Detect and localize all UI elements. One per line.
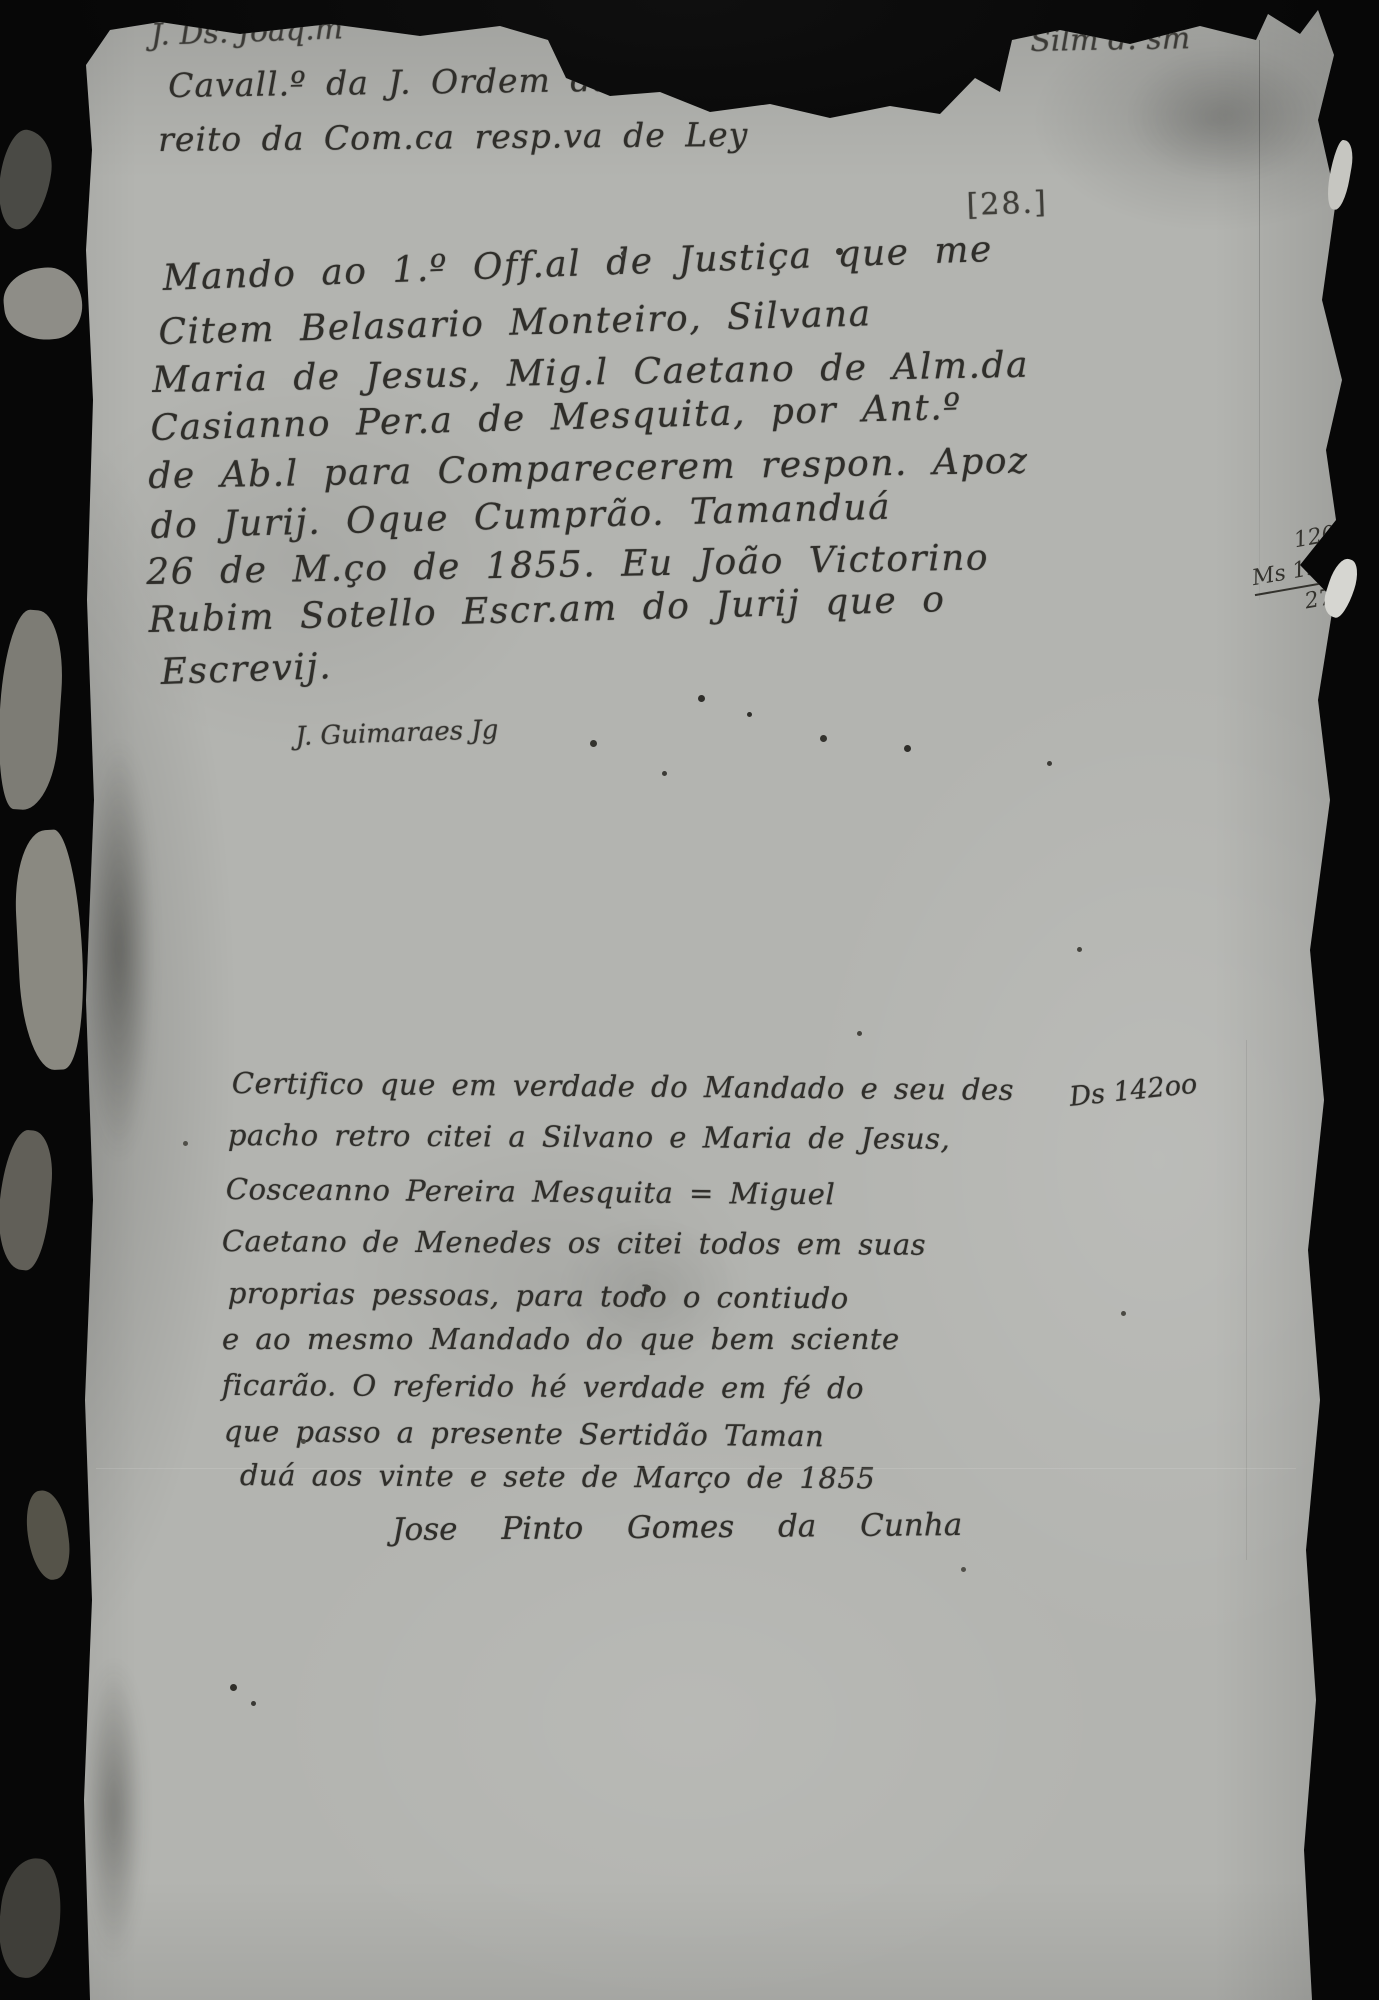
mandado-line: Citem Belasario Monteiro, Silvana <box>158 293 872 353</box>
paper-crease <box>1259 40 1260 600</box>
torn-paper-remnant <box>12 828 88 1071</box>
certidao-line: que passo a presente Sertidão Taman <box>224 1414 825 1453</box>
torn-paper-remnant <box>0 1128 56 1272</box>
torn-paper-remnant <box>0 127 57 233</box>
paper-stain <box>560 1220 740 1360</box>
certidao-line: e ao mesmo Mandado do que bem sciente <box>222 1322 900 1356</box>
paper-stain <box>1130 50 1320 180</box>
mandado-line: do Jurij. Oque Cumprão. Tamanduá <box>150 487 892 547</box>
clerk-signature: J. Guimaraes Jg <box>295 715 499 752</box>
torn-paper-remnant <box>22 1488 74 1583</box>
manuscript-page: J. Ds. Joaq.m Silm d. sm Cavall.º da J. … <box>0 0 1379 2000</box>
mandado-line: de Ab.l para Comparecerem respon. Apoz <box>148 441 1029 497</box>
mandado-line: Escrevij. <box>160 646 333 693</box>
torn-text-fragment-left: J. Ds. Joaq.m <box>150 11 344 53</box>
page-number: [28.] <box>966 185 1048 223</box>
officer-signature: Jose Pinto Gomes da Cunha <box>392 1507 962 1548</box>
header-line: reito da Com.ca resp.va de Ley <box>158 115 749 159</box>
certidao-line: duá aos vinte e sete de Março de 1855 <box>240 1458 876 1495</box>
paper-stain <box>84 1660 144 1960</box>
paper-crease <box>1246 1040 1247 1560</box>
torn-paper-remnant <box>0 608 67 812</box>
paper-stain <box>84 740 154 1160</box>
margin-fee-note: Ds 142oo <box>1068 1069 1199 1113</box>
certidao-line: pacho retro citei a Silvano e Maria de J… <box>228 1118 951 1156</box>
torn-edge-highlight <box>1319 555 1362 620</box>
header-line: Cavall.º da J. Ordem da Roza e Juis de D… <box>168 55 965 105</box>
certidao-line: Cosceanno Pereira Mesquita = Miguel <box>226 1172 836 1211</box>
ink-specks <box>0 0 3 3</box>
torn-paper-remnant <box>0 1855 66 1981</box>
paper-fold-line <box>96 1468 1296 1469</box>
torn-edge-highlight <box>1324 139 1356 211</box>
certidao-line: Certifico que em verdade do Mandado e se… <box>232 1066 1014 1107</box>
margin-cost-account: 120 Ms 150. 270 <box>1205 519 1349 632</box>
torn-text-fragment-right: Silm d. sm <box>1030 21 1190 59</box>
certidao-line: ficarão. O referido hé verdade em fé do <box>222 1368 864 1405</box>
torn-paper-remnant <box>0 264 85 344</box>
mandado-line: Mando ao 1.º Off.al de Justiça que me <box>162 229 994 299</box>
document-scan: J. Ds. Joaq.m Silm d. sm Cavall.º da J. … <box>0 0 1379 2000</box>
certidao-line: proprias pessoas, para todo o contiudo <box>228 1276 849 1315</box>
